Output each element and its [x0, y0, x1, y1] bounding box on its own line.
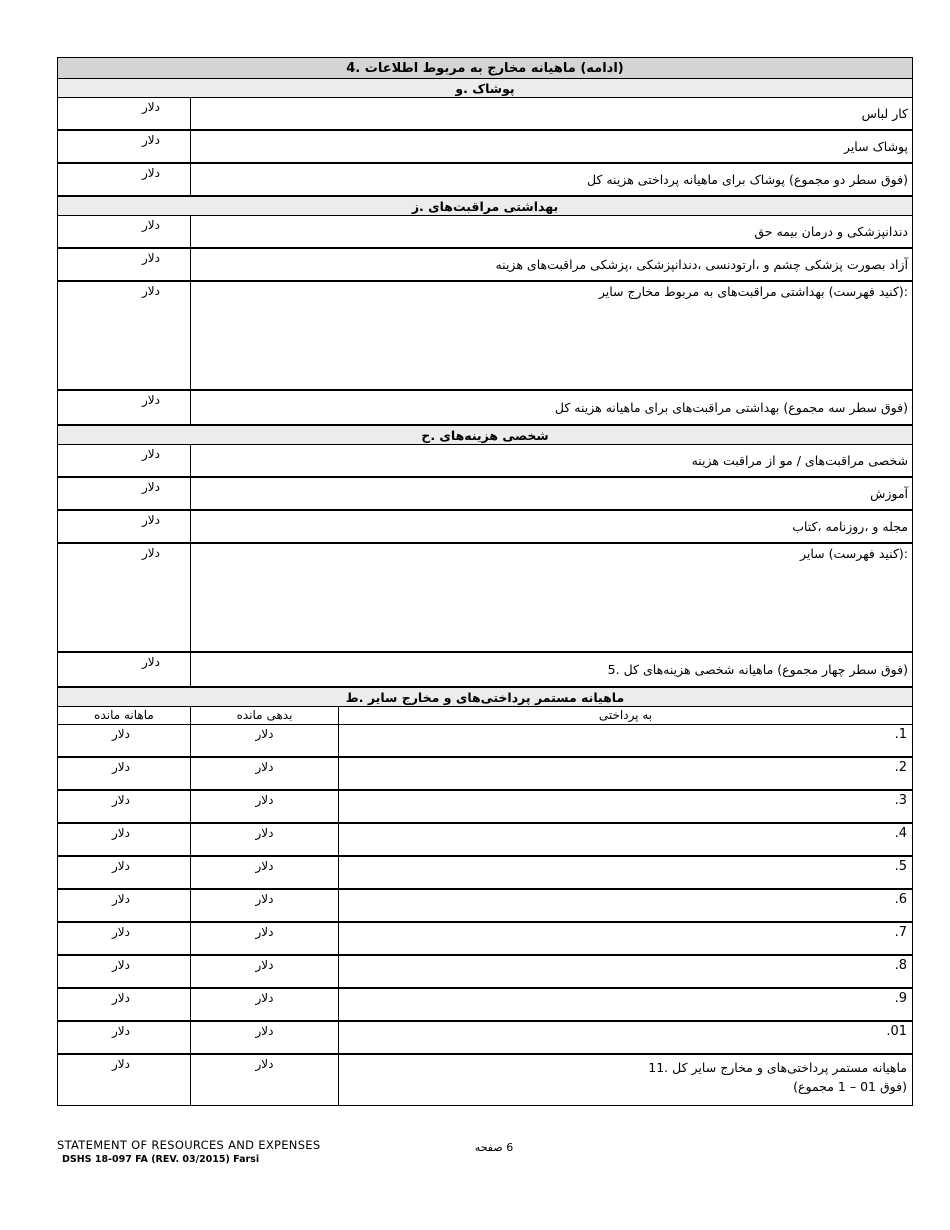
currency-label: دلار — [142, 447, 160, 461]
column-header-balance-owed: مانده ‎بدهی — [191, 707, 339, 724]
balance-owed-cell[interactable]: دلار — [191, 758, 339, 789]
row-number: .9 — [895, 991, 907, 1006]
balance-owed-cell[interactable]: دلار — [191, 725, 339, 756]
table-row: دلار هزینه ‎مراقبت‌های ‎پزشکی، ‎دندانپزش… — [58, 249, 912, 282]
monthly-balance-cell[interactable]: دلار — [58, 725, 191, 756]
amount-cell[interactable]: دلار — [58, 653, 191, 686]
table-row: دلار 5. ‎کل ‎هزینه‌های ‎شخصی ‎ماهیانه ‎(… — [58, 653, 912, 688]
currency-label: دلار — [142, 100, 160, 114]
row-label: لباس ‎کار — [191, 98, 912, 129]
amount-cell[interactable]: دلار — [58, 511, 191, 542]
currency-label: دلار — [112, 925, 130, 939]
total-line-2: (مجموع ‎1 ‎– ‎01 ‎فوق) — [339, 1077, 907, 1096]
currency-label: دلار — [142, 513, 160, 527]
monthly-balance-cell[interactable]: دلار — [58, 1022, 191, 1053]
row-label: هزینه ‎مراقبت‌های ‎پزشکی، ‎دندانپزشکی، ‎… — [191, 249, 912, 280]
row-number: .2 — [895, 760, 907, 775]
currency-label: دلار — [112, 793, 130, 807]
currency-label: دلار — [256, 991, 274, 1005]
paid-to-cell[interactable]: .4 — [339, 824, 912, 855]
table-row: دلار آموزش — [58, 478, 912, 511]
row-label: کتاب، ‎روزنامه، ‎و ‎مجله — [191, 511, 912, 542]
row-label: 5. ‎کل ‎هزینه‌های ‎شخصی ‎ماهیانه ‎(مجموع… — [191, 653, 912, 686]
table-row: دلار هزینه ‎مراقبت ‎از ‎مو ‎/ ‎مراقبت‌ها… — [58, 445, 912, 478]
amount-cell[interactable]: دلار — [58, 131, 191, 162]
section-4-title: 4. ‎اطلاعات ‎مربوط ‎به ‎مخارج ‎ماهیانه ‎… — [346, 61, 624, 76]
monthly-balance-cell[interactable]: دلار — [58, 989, 191, 1020]
currency-label: دلار — [256, 793, 274, 807]
total-row: دلار دلار 11. ‎کل ‎سایر ‎مخارج ‎و ‎پرداخ… — [58, 1055, 912, 1105]
row-number: .5 — [895, 859, 907, 874]
amount-cell[interactable]: دلار — [58, 391, 191, 424]
currency-label: دلار — [142, 393, 160, 407]
balance-owed-cell[interactable]: دلار — [191, 956, 339, 987]
paid-to-cell[interactable]: .7 — [339, 923, 912, 954]
currency-label: دلار — [112, 991, 130, 1005]
currency-label: دلار — [256, 925, 274, 939]
amount-cell[interactable]: دلار — [58, 249, 191, 280]
table-row: دلار دلار .6 — [58, 890, 912, 923]
currency-label: دلار — [142, 166, 160, 180]
balance-owed-cell[interactable]: دلار — [191, 857, 339, 888]
row-number: .01 — [886, 1024, 907, 1039]
currency-label: دلار — [112, 727, 130, 741]
section-4-header: 4. ‎اطلاعات ‎مربوط ‎به ‎مخارج ‎ماهیانه ‎… — [58, 58, 912, 79]
row-label: سایر ‎پوشاک — [191, 131, 912, 162]
currency-label: دلار — [256, 1057, 274, 1071]
balance-owed-cell[interactable]: دلار — [191, 824, 339, 855]
table-row: دلار دلار .8 — [58, 956, 912, 989]
currency-label: دلار — [256, 958, 274, 972]
section-personal-header: ح. ‎هزینه‌های ‎شخصی — [58, 426, 912, 445]
currency-label: دلار — [112, 760, 130, 774]
paid-to-cell[interactable]: .5 — [339, 857, 912, 888]
currency-label: دلار — [142, 546, 160, 560]
row-label[interactable]: سایر ‎مخارج ‎مربوط ‎به ‎مراقبت‌های ‎بهدا… — [191, 282, 912, 389]
table-row: دلار دلار .5 — [58, 857, 912, 890]
amount-cell[interactable]: دلار — [58, 544, 191, 651]
monthly-balance-cell[interactable]: دلار — [58, 923, 191, 954]
balance-owed-cell[interactable]: دلار — [191, 989, 339, 1020]
paid-to-cell[interactable]: .3 — [339, 791, 912, 822]
section-personal-title: ح. ‎هزینه‌های ‎شخصی — [421, 428, 548, 443]
currency-label: دلار — [142, 480, 160, 494]
currency-label: دلار — [142, 251, 160, 265]
table-row: دلار دلار .01 — [58, 1022, 912, 1055]
table-row: دلار سایر ‎پوشاک — [58, 131, 912, 164]
section-clothing-title: و. ‎پوشاک — [455, 81, 514, 96]
currency-label: دلار — [142, 133, 160, 147]
currency-label: دلار — [256, 1024, 274, 1038]
currency-label: دلار — [256, 826, 274, 840]
currency-label: دلار — [112, 826, 130, 840]
currency-label: دلار — [142, 284, 160, 298]
row-number: .7 — [895, 925, 907, 940]
currency-label: دلار — [112, 859, 130, 873]
table-row: دلار لباس ‎کار — [58, 98, 912, 131]
section-health-header: ز. ‎مراقبت‌های ‎بهداشتی — [58, 197, 912, 216]
paid-to-cell[interactable]: .8 — [339, 956, 912, 987]
row-number: .1 — [895, 727, 907, 742]
currency-label: دلار — [256, 727, 274, 741]
total-line-1: 11. ‎کل ‎سایر ‎مخارج ‎و ‎پرداختی‌های ‎مس… — [339, 1058, 907, 1077]
row-number: .3 — [895, 793, 907, 808]
paid-to-cell[interactable]: .1 — [339, 725, 912, 756]
amount-cell[interactable]: دلار — [58, 98, 191, 129]
balance-owed-cell[interactable]: دلار — [191, 1022, 339, 1053]
table-row: دلار کل ‎هزینه ‎ماهیانه ‎برای ‎مراقبت‌ها… — [58, 391, 912, 426]
table-row: دلار دلار .4 — [58, 824, 912, 857]
row-number: .4 — [895, 826, 907, 841]
section-other-title: ط. ‎سایر ‎مخارج ‎و ‎پرداختی‌های ‎مستمر ‎… — [346, 690, 624, 705]
balance-owed-cell[interactable]: دلار — [191, 1055, 339, 1105]
currency-label: دلار — [256, 859, 274, 873]
monthly-balance-cell[interactable]: دلار — [58, 758, 191, 789]
total-row-label: 11. ‎کل ‎سایر ‎مخارج ‎و ‎پرداختی‌های ‎مس… — [339, 1055, 912, 1105]
footer-form-number: DSHS 18-097 FA (REV. 03/2015) Farsi — [62, 1154, 913, 1165]
monthly-balance-cell[interactable]: دلار — [58, 1055, 191, 1105]
expenses-table: 4. ‎اطلاعات ‎مربوط ‎به ‎مخارج ‎ماهیانه ‎… — [57, 57, 913, 1106]
monthly-balance-cell[interactable]: دلار — [58, 890, 191, 921]
monthly-balance-cell[interactable]: دلار — [58, 791, 191, 822]
row-number: .6 — [895, 892, 907, 907]
currency-label: دلار — [112, 1057, 130, 1071]
table-row: دلار حق ‎بیمه ‎درمان ‎و ‎دندانپزشکی — [58, 216, 912, 249]
balance-owed-cell[interactable]: دلار — [191, 791, 339, 822]
amount-cell[interactable]: دلار — [58, 164, 191, 195]
row-label: هزینه ‎مراقبت ‎از ‎مو ‎/ ‎مراقبت‌های ‎شخ… — [191, 445, 912, 476]
currency-label: دلار — [142, 218, 160, 232]
paid-to-cell[interactable]: .6 — [339, 890, 912, 921]
currency-label: دلار — [256, 892, 274, 906]
section-clothing-header: و. ‎پوشاک — [58, 79, 912, 98]
form-page: { "labels": { "dollar": "دلار" }, "title… — [0, 0, 950, 1230]
paid-to-cell[interactable]: .9 — [339, 989, 912, 1020]
paid-to-cell[interactable]: .01 — [339, 1022, 912, 1053]
table-row: دلار دلار .3 — [58, 791, 912, 824]
row-label[interactable]: سایر ‎(فهرست ‎کنید): — [191, 544, 912, 651]
table-row: دلار دلار .9 — [58, 989, 912, 1022]
amount-cell[interactable]: دلار — [58, 282, 191, 389]
column-header-paid-to: پرداختی ‎به — [339, 707, 912, 724]
table-row: دلار کتاب، ‎روزنامه، ‎و ‎مجله — [58, 511, 912, 544]
amount-cell[interactable]: دلار — [58, 445, 191, 476]
row-number: .8 — [895, 958, 907, 973]
amount-cell[interactable]: دلار — [58, 478, 191, 509]
section-health-title: ز. ‎مراقبت‌های ‎بهداشتی — [412, 199, 558, 214]
other-table-column-headers: مانده ‎ماهانه مانده ‎بدهی پرداختی ‎به — [58, 707, 912, 725]
row-label: کل ‎هزینه ‎ماهیانه ‎برای ‎مراقبت‌های ‎به… — [191, 391, 912, 424]
currency-label: دلار — [256, 760, 274, 774]
currency-label: دلار — [112, 892, 130, 906]
amount-cell[interactable]: دلار — [58, 216, 191, 247]
paid-to-cell[interactable]: .2 — [339, 758, 912, 789]
balance-owed-cell[interactable]: دلار — [191, 890, 339, 921]
monthly-balance-cell[interactable]: دلار — [58, 956, 191, 987]
currency-label: دلار — [142, 655, 160, 669]
table-row: دلار سایر ‎مخارج ‎مربوط ‎به ‎مراقبت‌های … — [58, 282, 912, 391]
row-label: حق ‎بیمه ‎درمان ‎و ‎دندانپزشکی — [191, 216, 912, 247]
balance-owed-cell[interactable]: دلار — [191, 923, 339, 954]
footer-page-number: صفحه ‎6 — [429, 1141, 559, 1154]
table-row: دلار دلار .7 — [58, 923, 912, 956]
column-header-monthly-balance: مانده ‎ماهانه — [58, 707, 191, 724]
row-label: کل ‎هزینه ‎پرداختی ‎ماهیانه ‎برای ‎پوشاک… — [191, 164, 912, 195]
table-row: دلار کل ‎هزینه ‎پرداختی ‎ماهیانه ‎برای ‎… — [58, 164, 912, 197]
monthly-balance-cell[interactable]: دلار — [58, 824, 191, 855]
currency-label: دلار — [112, 958, 130, 972]
section-other-header: ط. ‎سایر ‎مخارج ‎و ‎پرداختی‌های ‎مستمر ‎… — [58, 688, 912, 707]
table-row: دلار سایر ‎(فهرست ‎کنید): — [58, 544, 912, 653]
monthly-balance-cell[interactable]: دلار — [58, 857, 191, 888]
table-row: دلار دلار .2 — [58, 758, 912, 791]
table-row: دلار دلار .1 — [58, 725, 912, 758]
page-footer: STATEMENT OF RESOURCES AND EXPENSES DSHS… — [57, 1138, 913, 1165]
form-sheet: 4. ‎اطلاعات ‎مربوط ‎به ‎مخارج ‎ماهیانه ‎… — [57, 57, 913, 1106]
currency-label: دلار — [112, 1024, 130, 1038]
row-label: آموزش — [191, 478, 912, 509]
